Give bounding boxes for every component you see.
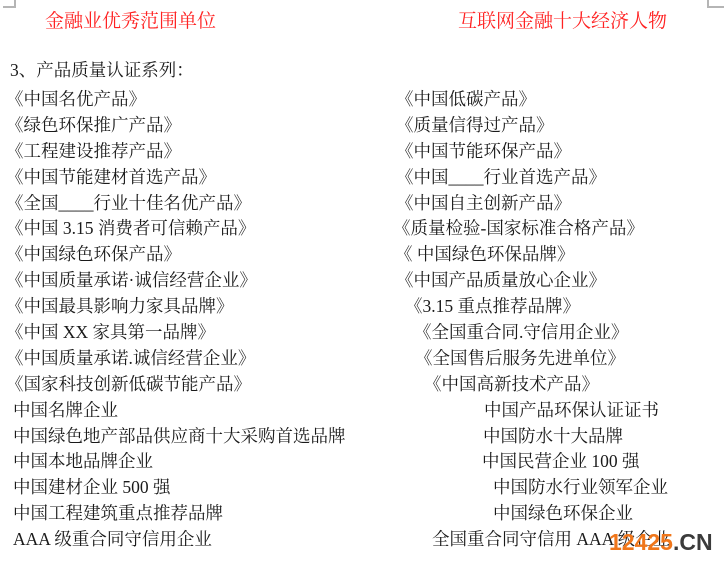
list-item-left: 《全国____行业十佳名优产品》 [6, 191, 251, 217]
list-item-left: 《中国名优产品》 [6, 87, 146, 113]
list-row: 《中国 XX 家具第一品牌》 《全国重合同.守信用企业》 [0, 320, 724, 346]
list-row: 《中国质量承诺·诚信经营企业》 《中国产品质量放心企业》 [0, 268, 724, 294]
list-item-right: 《全国重合同.守信用企业》 [414, 320, 628, 346]
header-left-title: 金融业优秀范围单位 [45, 11, 216, 33]
table-corner-mark-left-icon [3, 0, 16, 8]
header-right-title: 互联网金融十大经济人物 [458, 11, 667, 33]
list-item-right: 《中国低碳产品》 [396, 87, 536, 113]
list-item-left: 《中国质量承诺·诚信经营企业》 [6, 268, 257, 294]
list-item-right: 《3.15 重点推荐品牌》 [405, 294, 580, 320]
list-row: 《中国质量承诺.诚信经营企业》 《全国售后服务先进单位》 [0, 346, 724, 372]
list-item-left: 《中国绿色环保产品》 [6, 242, 181, 268]
watermark-domain: .CN [673, 529, 713, 555]
watermark-number: 12425 [609, 529, 673, 555]
list-item-left: 《中国 3.15 消费者可信赖产品》 [6, 216, 255, 242]
list-item-left: 《中国最具影响力家具品牌》 [6, 294, 234, 320]
list-row: 《国家科技创新低碳节能产品》 《中国高新技术产品》 [0, 372, 724, 398]
site-watermark: 12425.CN [609, 530, 713, 554]
list-item-left: 《绿色环保推广产品》 [6, 113, 181, 139]
list-item-left: 中国名牌企业 [13, 398, 118, 424]
list-item-left: 中国建材企业 500 强 [13, 475, 171, 501]
list-item-right: 《中国自主创新产品》 [396, 191, 571, 217]
list-item-right: 《质量检验-国家标准合格产品》 [393, 216, 644, 242]
list-row: 《中国最具影响力家具品牌》 《3.15 重点推荐品牌》 [0, 294, 724, 320]
list-item-left: 《中国节能建材首选产品》 [6, 165, 216, 191]
list-row: 《全国____行业十佳名优产品》 《中国自主创新产品》 [0, 191, 724, 217]
list-item-left: 《工程建设推荐产品》 [6, 139, 181, 165]
list-item-right: 《中国产品质量放心企业》 [396, 268, 606, 294]
list-row: 《绿色环保推广产品》 《质量信得过产品》 [0, 113, 724, 139]
list-item-left: 《中国 XX 家具第一品牌》 [6, 320, 215, 346]
list-item-right: 《中国节能环保产品》 [396, 139, 571, 165]
list-row: 《中国 3.15 消费者可信赖产品》 《质量检验-国家标准合格产品》 [0, 216, 724, 242]
list-item-left: 中国绿色地产部品供应商十大采购首选品牌 [13, 424, 346, 450]
list-row: 《中国节能建材首选产品》 《中国____行业首选产品》 [0, 165, 724, 191]
list-item-right: 中国防水十大品牌 [483, 424, 623, 450]
list-item-left: AAA 级重合同守信用企业 [13, 527, 212, 553]
list-item-right: 《 中国绿色环保品牌》 [395, 242, 574, 268]
list-item-right: 中国民营企业 100 强 [482, 449, 640, 475]
list-item-right: 中国产品环保认证证书 [484, 398, 659, 424]
list-row: 《工程建设推荐产品》 《中国节能环保产品》 [0, 139, 724, 165]
certification-list: 《中国名优产品》 《中国低碳产品》 《绿色环保推广产品》 《质量信得过产品》 《… [0, 87, 724, 553]
list-item-left: 《国家科技创新低碳节能产品》 [6, 372, 251, 398]
list-item-right: 《中国____行业首选产品》 [396, 165, 606, 191]
list-row: 中国名牌企业 中国产品环保认证证书 [0, 398, 724, 424]
list-item-right: 《质量信得过产品》 [396, 113, 554, 139]
table-corner-mark-right-icon [707, 0, 724, 8]
document-page: 金融业优秀范围单位 互联网金融十大经济人物 3、产品质量认证系列： 《中国名优产… [0, 0, 724, 564]
list-item-right: 中国绿色环保企业 [493, 501, 633, 527]
list-row: 中国绿色地产部品供应商十大采购首选品牌 中国防水十大品牌 [0, 424, 724, 450]
list-item-left: 中国工程建筑重点推荐品牌 [13, 501, 223, 527]
list-row: 中国建材企业 500 强 中国防水行业领军企业 [0, 475, 724, 501]
list-item-right: 《全国售后服务先进单位》 [415, 346, 625, 372]
list-item-right: 中国防水行业领军企业 [493, 475, 668, 501]
list-item-left: 中国本地品牌企业 [13, 449, 153, 475]
list-item-left: 《中国质量承诺.诚信经营企业》 [6, 346, 255, 372]
list-row: 《中国名优产品》 《中国低碳产品》 [0, 87, 724, 113]
list-row: 《中国绿色环保产品》 《 中国绿色环保品牌》 [0, 242, 724, 268]
list-row: 中国本地品牌企业 中国民营企业 100 强 [0, 449, 724, 475]
list-row: 中国工程建筑重点推荐品牌 中国绿色环保企业 [0, 501, 724, 527]
list-item-right: 《中国高新技术产品》 [424, 372, 599, 398]
section-heading: 3、产品质量认证系列： [10, 59, 194, 81]
